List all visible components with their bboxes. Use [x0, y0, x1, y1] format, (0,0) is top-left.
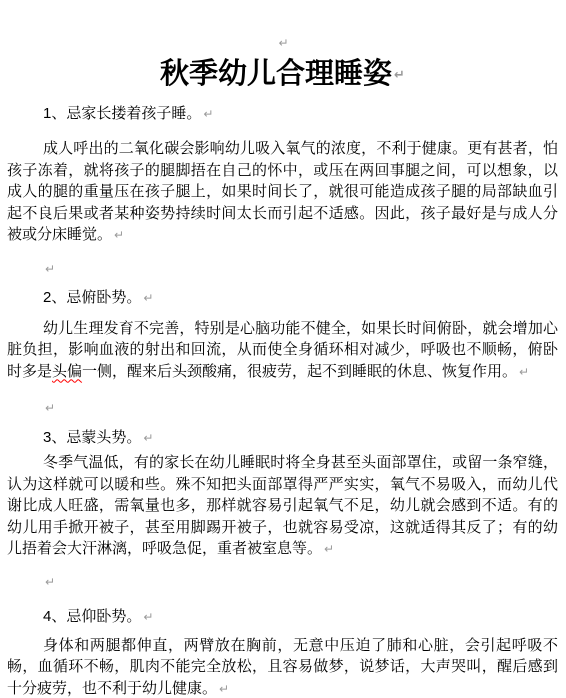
section-1-heading-text: 1、忌家长搂着孩子睡。: [43, 105, 201, 122]
section-1-paragraph-text: 成人呼出的二氧化碳会影响幼儿吸入氧气的浓度，不利于健康。更有甚者，怕孩子冻着，就…: [7, 140, 558, 243]
paragraph-mark-icon: ↵: [45, 575, 55, 589]
paragraph-mark-icon: ↵: [278, 36, 288, 50]
paragraph-mark-icon: ↵: [114, 228, 124, 242]
paragraph-mark-icon: ↵: [519, 365, 529, 379]
paragraph-mark-icon: ↵: [143, 291, 153, 305]
paragraph-mark-icon: ↵: [45, 262, 55, 276]
empty-paragraph[interactable]: ↵: [7, 397, 558, 420]
paragraph-mark-icon: ↵: [45, 401, 55, 415]
section-4-paragraph[interactable]: 身体和两腿都伸直，两臂放在胸前，无意中压迫了肺和心脏，会引起呼吸不畅，血循环不畅…: [7, 635, 558, 698]
paragraph-mark-icon: ↵: [394, 68, 405, 83]
section-3-heading[interactable]: 3、忌蒙头势。↵: [7, 427, 558, 450]
section-4-heading[interactable]: 4、忌仰卧势。↵: [7, 606, 558, 629]
empty-paragraph[interactable]: ↵: [7, 571, 558, 594]
section-2-heading[interactable]: 2、忌俯卧势。↵: [7, 287, 558, 310]
section-4-heading-text: 4、忌仰卧势。: [43, 608, 141, 625]
section-2-heading-text: 2、忌俯卧势。: [43, 289, 141, 306]
paragraph-mark-icon: ↵: [143, 431, 153, 445]
paragraph-mark-icon: ↵: [324, 542, 334, 556]
section-3-paragraph-text: 冬季气温低，有的家长在幼儿睡眠时将全身甚至头面部罩住，或留一条窄缝，认为这样就可…: [7, 454, 558, 557]
paragraph-mark-icon: ↵: [219, 682, 229, 696]
section-3-paragraph[interactable]: 冬季气温低，有的家长在幼儿睡眠时将全身甚至头面部罩住，或留一条窄缝，认为这样就可…: [7, 452, 558, 561]
section-1-heading[interactable]: 1、忌家长搂着孩子睡。↵: [7, 103, 558, 126]
empty-paragraph[interactable]: ↵: [7, 32, 558, 55]
spellcheck-flagged-text: 头偏: [52, 363, 82, 380]
section-2-paragraph[interactable]: 幼儿生理发育不完善，特别是心脑功能不健全，如果长时间俯卧，就会增加心脏负担，影响…: [7, 318, 558, 384]
document-title[interactable]: 秋季幼儿合理睡姿↵: [7, 55, 558, 95]
section-4-paragraph-text: 身体和两腿都伸直，两臂放在胸前，无意中压迫了肺和心脏，会引起呼吸不畅，血循环不畅…: [7, 637, 558, 697]
section-3-heading-text: 3、忌蒙头势。: [43, 429, 141, 446]
document-page: ↵ 秋季幼儿合理睡姿↵ 1、忌家长搂着孩子睡。↵ 成人呼出的二氧化碳会影响幼儿吸…: [0, 0, 566, 698]
section-2-paragraph-text-after: 一侧，醒来后头颈酸痛，很疲劳，起不到睡眠的休息、恢复作用。: [82, 363, 517, 380]
paragraph-mark-icon: ↵: [203, 107, 213, 121]
document-title-text: 秋季幼儿合理睡姿: [160, 58, 392, 90]
empty-paragraph[interactable]: ↵: [7, 258, 558, 281]
section-1-paragraph[interactable]: 成人呼出的二氧化碳会影响幼儿吸入氧气的浓度，不利于健康。更有甚者，怕孩子冻着，就…: [7, 138, 558, 247]
paragraph-mark-icon: ↵: [143, 610, 153, 624]
